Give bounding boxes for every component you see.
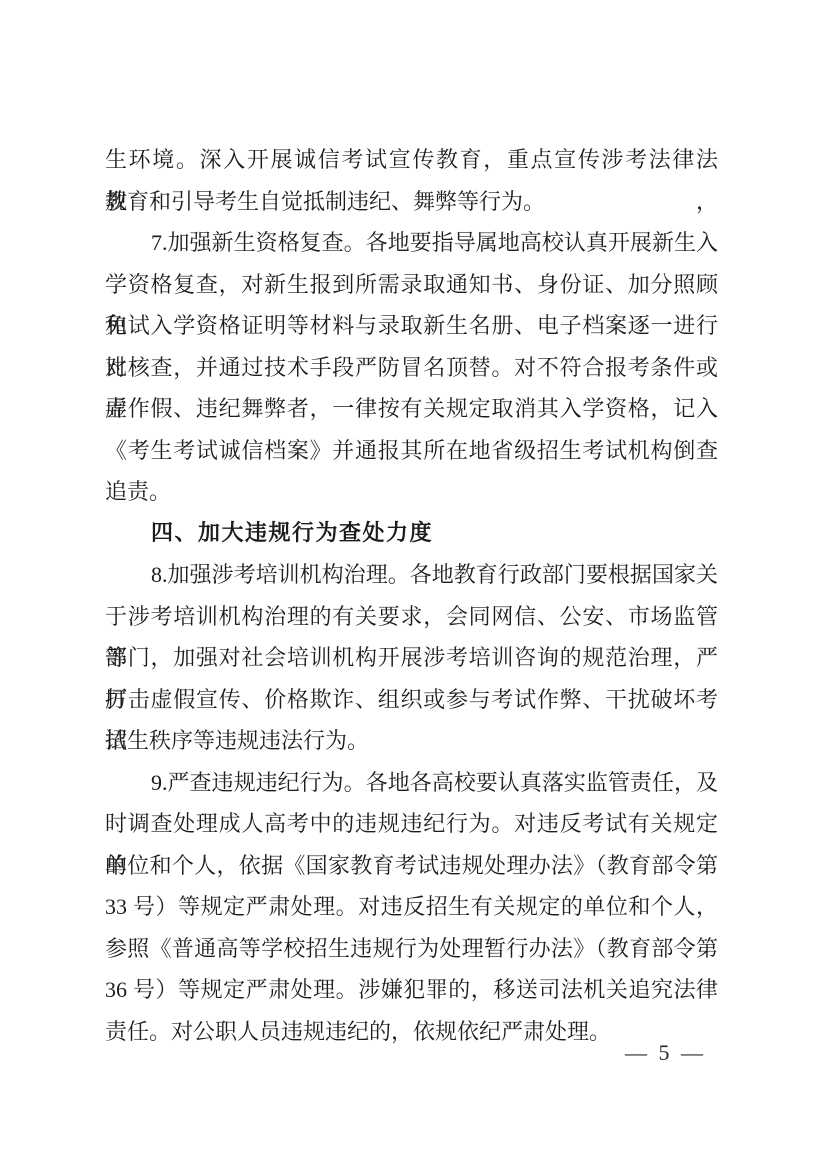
text-line: 免试入学资格证明等材料与录取新生名册、电子档案逐一进行比 [105,305,718,347]
text-line: 招生秩序等违规违法行为。 [105,720,718,762]
text-line: 36 号）等规定严肃处理。涉嫌犯罪的，移送司法机关追究法律 [105,969,718,1011]
text-line: 打击虚假宣传、价格欺诈、组织或参与考试作弊、干扰破坏考试 [105,679,718,721]
text-line: 《考生考试诚信档案》并通报其所在地省级招生考试机构倒查 [105,430,718,472]
document-body: 生环境。深入开展诚信考试宣传教育，重点宣传涉考法律法规，教育和引导考生自觉抵制违… [105,139,718,1052]
text-line: 对核查，并通过技术手段严防冒名顶替。对不符合报考条件或弄 [105,347,718,389]
text-line: 参照《普通高等学校招生违规行为处理暂行办法》（教育部令第 [105,928,718,970]
text-line: 7.加强新生资格复查。各地要指导属地高校认真开展新生入 [105,222,718,264]
text-line: 9.严查违规违纪行为。各地各高校要认真落实监管责任，及 [105,762,718,804]
text-line: 追责。 [105,471,718,513]
text-line: 部门，加强对社会培训机构开展涉考培训咨询的规范治理，严厉 [105,637,718,679]
text-line: 时调查处理成人高考中的违规违纪行为。对违反考试有关规定的 [105,803,718,845]
text-line: 于涉考培训机构治理的有关要求，会同网信、公安、市场监管等 [105,596,718,638]
text-line: 33 号）等规定严肃处理。对违反招生有关规定的单位和个人， [105,886,718,928]
text-line: 8.加强涉考培训机构治理。各地教育行政部门要根据国家关 [105,554,718,596]
text-line: 单位和个人，依据《国家教育考试违规处理办法》（教育部令第 [105,845,718,887]
section-heading: 四、加大违规行为查处力度 [105,513,718,555]
document-page: 生环境。深入开展诚信考试宣传教育，重点宣传涉考法律法规，教育和引导考生自觉抵制违… [0,0,827,1170]
text-line: 生环境。深入开展诚信考试宣传教育，重点宣传涉考法律法规， [105,139,718,181]
text-line: 学资格复查，对新生报到所需录取通知书、身份证、加分照顾和 [105,264,718,306]
text-line: 虚作假、违纪舞弊者，一律按有关规定取消其入学资格，记入 [105,388,718,430]
page-number: — 5 — [625,1040,706,1066]
